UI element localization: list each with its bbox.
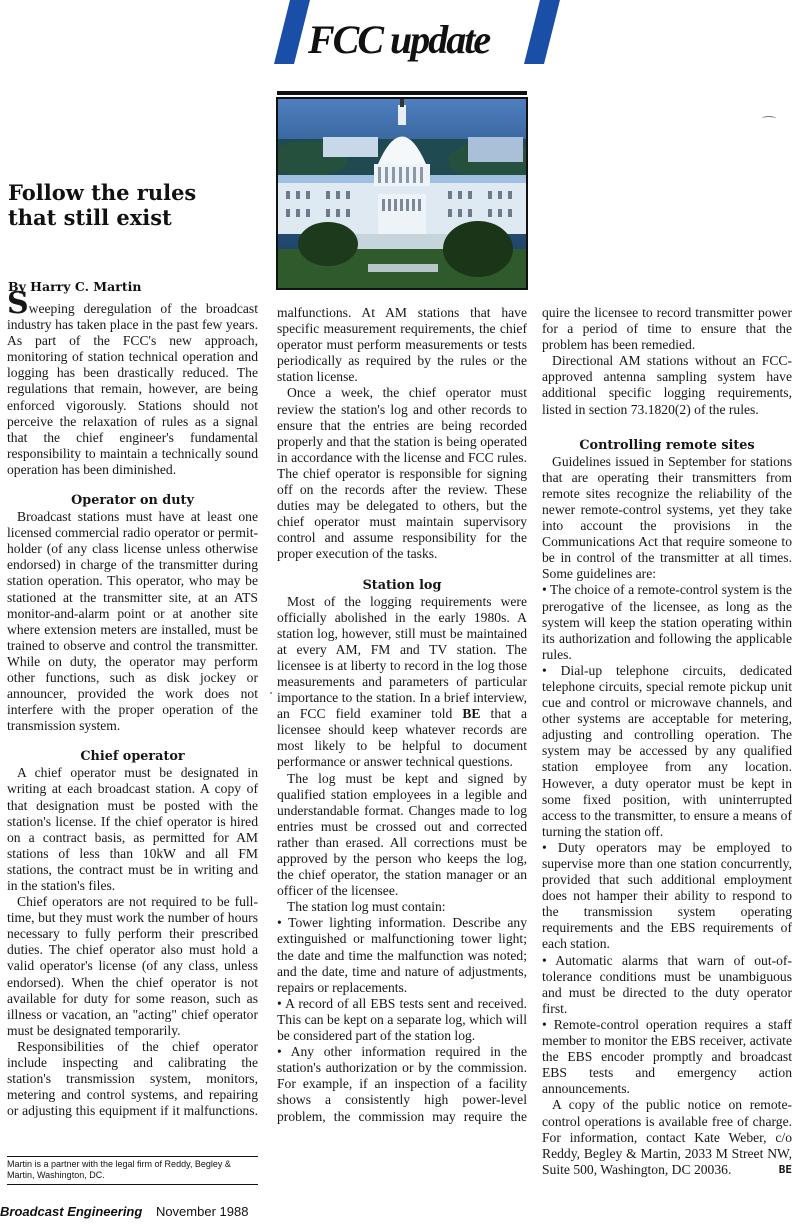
headline-line-1: Follow the rules [8, 180, 258, 205]
section-title: FCC update [308, 16, 489, 63]
list-item: • Tower lighting information. Describe a… [277, 915, 527, 995]
heading-controlling-remote-sites: Controlling remote sites [542, 438, 792, 454]
paragraph: The station log must contain: [277, 899, 527, 915]
paragraph: Most of the logging requirements were of… [277, 594, 527, 771]
section-masthead: FCC update [270, 0, 555, 68]
masthead-rule [277, 91, 527, 95]
list-item: • Any other information required in the … [277, 1044, 527, 1124]
article-column-1: Sweeping deregulation of the broadcast i… [7, 296, 258, 1119]
end-mark-icon: BE [769, 1162, 792, 1178]
list-item: • A record of all EBS tests sent and rec… [277, 996, 527, 1044]
paragraph: Responsibilities of the chief operator i… [7, 1039, 258, 1119]
paragraph-continued: malfunctions. At AM stations that have s… [277, 305, 527, 385]
headline-line-2: that still exist [8, 205, 258, 230]
author-footnote: Martin is a partner with the legal firm … [7, 1156, 258, 1185]
drop-cap: S [7, 286, 29, 321]
masthead-slash-right [524, 0, 560, 64]
list-item: • Automatic alarms that warn of out-of-t… [542, 953, 792, 1017]
paragraph: A chief operator must be designated in w… [7, 765, 258, 894]
scan-artifact [270, 692, 272, 694]
list-item: • Dial-up telephone circuits, dedicated … [542, 663, 792, 840]
list-item: • The choice of a remote-control system … [542, 582, 792, 662]
publication-name: Broadcast Engineering [0, 1204, 142, 1219]
capitol-building-image [278, 99, 526, 288]
paragraph-continued: quire the licensee to record transmitter… [542, 305, 792, 353]
scan-artifact [762, 116, 776, 121]
heading-chief-operator: Chief operator [7, 749, 258, 765]
paragraph: A copy of the public notice on remote-co… [542, 1097, 792, 1177]
paragraph: Chief operators are not required to be f… [7, 894, 258, 1039]
list-item: • Remote-control operation requires a st… [542, 1017, 792, 1097]
paragraph: Directional AM stations without an FCC-a… [542, 353, 792, 417]
be-abbreviation: BE [462, 706, 480, 721]
intro-paragraph: Sweeping deregulation of the broadcast i… [7, 296, 258, 478]
paragraph: Guidelines issued in September for stati… [542, 454, 792, 583]
issue-date: November 1988 [156, 1204, 249, 1219]
article-column-2: malfunctions. At AM stations that have s… [277, 305, 527, 1124]
heading-station-log: Station log [277, 578, 527, 594]
paragraph: Broadcast stations must have at least on… [7, 509, 258, 734]
paragraph: Once a week, the chief operator must rev… [277, 385, 527, 562]
article-column-3: quire the licensee to record transmitter… [542, 305, 792, 1178]
list-item: • Duty operators may be employed to supe… [542, 840, 792, 953]
article-headline: Follow the rules that still exist [8, 180, 258, 230]
paragraph: The log must be kept and signed by quali… [277, 771, 527, 900]
heading-operator-on-duty: Operator on duty [7, 493, 258, 509]
page-footer: Broadcast Engineering November 1988 [0, 1204, 248, 1219]
capitol-photo [276, 97, 528, 290]
masthead-slash-left [274, 0, 310, 64]
